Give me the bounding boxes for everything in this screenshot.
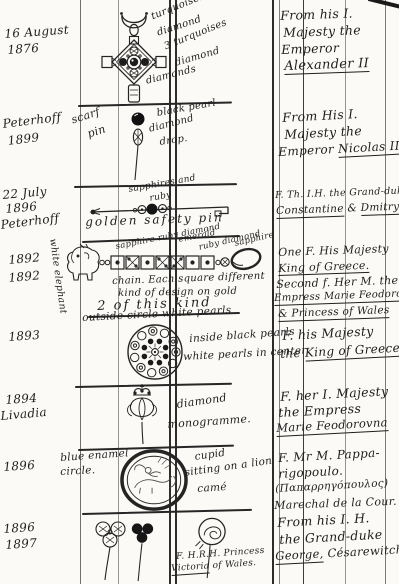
entry4-year: 1892 (8, 251, 41, 266)
entry3-date: 22 July (2, 185, 47, 201)
entry4-provenance: One F. His Majesty (278, 243, 389, 258)
entry8-year: 1896 (3, 521, 36, 535)
entry2-provenance: Emperor Nicolas II (278, 140, 399, 158)
entry7-provenance: rigopoulo. (278, 465, 343, 480)
entry5-year: 1893 (8, 329, 41, 343)
entry6-stone-note: monogramme. (167, 413, 251, 430)
trefoil-pin-sketch-2 (128, 521, 156, 583)
entry6-year: 1894 (5, 392, 38, 406)
entry2-stone-note: drop. (159, 134, 188, 148)
cameo-sketch (118, 447, 190, 513)
entry2-stone-note: diamond (148, 114, 195, 135)
entry7-subject-note: cupid (194, 448, 226, 463)
entry2-giver: Nicolas II (338, 139, 399, 158)
entry8-provenance: George, Césarewitch (275, 544, 399, 562)
entry3-giver: Dmitry (360, 201, 399, 216)
entry6-place: Livadia (0, 406, 47, 422)
entry8-provenance: From his I. H. (277, 512, 370, 529)
entry5-provenance-text: the (280, 346, 305, 361)
ledger-page: 16 August 1876 turquoises diamond 3 turq… (0, 0, 399, 584)
entry3-year: 1896 (5, 200, 38, 215)
entry8-note-text: of Wales. (209, 558, 257, 571)
corner-mark (368, 0, 399, 9)
entry1-provenance: Majesty the (283, 24, 361, 39)
entry7-provenance: F. Mr M. Pappa- (278, 447, 380, 464)
entry4-provenance: Second f. Her M. the (276, 275, 399, 290)
entry4-giver: & Princess of Wales (278, 305, 390, 321)
entry2-place: Peterhoff (2, 111, 62, 130)
trefoil-pin-sketch-1 (92, 518, 128, 582)
entry2-item-label: scarf (70, 106, 101, 125)
entry2-provenance-text: Emperor (278, 142, 338, 159)
pearl-brooch-sketch (125, 321, 185, 383)
entry2-year: 1899 (7, 131, 40, 147)
entry1-giver: Alexander II (284, 57, 369, 75)
entry8-giver: George, (275, 546, 324, 565)
entry1-provenance: Emperor (281, 42, 339, 57)
entry6-giver: Marie Feodorovna (276, 417, 388, 436)
entry7-provenance: Marechal de la Cour. (274, 496, 397, 511)
entry1-year: 1876 (7, 42, 40, 56)
entry8-year: 1897 (5, 537, 38, 551)
entry2-provenance: Majesty the (284, 125, 362, 142)
entry6-provenance: F. her I. Majesty (280, 385, 389, 403)
monogram-pin-sketch (120, 384, 164, 446)
entry4-giver: King of Greece. (278, 260, 370, 276)
entry1-provenance: From his I. (280, 7, 353, 22)
entry3-provenance-text: & (344, 202, 361, 215)
entry3-giver: Constantine (276, 203, 344, 219)
entry2-item-label: pin (86, 123, 107, 139)
entry8-provenance-text: Césarewitch (323, 542, 399, 560)
white-elephant-figure (68, 244, 100, 280)
entry3-provenance: F. Th. I.H. the Grand-dukes (275, 186, 399, 200)
entry7-provenance-greek: (Παπαρρηγόπουλος) (275, 478, 389, 494)
entry1-date: 16 August (4, 23, 69, 39)
entry1-stone-note: diamond (174, 46, 221, 68)
entry3-provenance: Constantine & Dmitry (276, 202, 399, 217)
entry7-item-label: circle. (60, 465, 96, 477)
entry6-stone-note: diamond (176, 392, 227, 410)
scarf-pin-sketch (127, 110, 149, 182)
entry2-provenance: From His I. (282, 108, 358, 124)
entry7-subject-note: camé (197, 482, 227, 495)
entry4-year: 1892 (8, 269, 41, 284)
entry5-provenance: F. his Majesty (282, 325, 374, 342)
entry7-year: 1896 (3, 459, 36, 473)
crescent-icon (122, 15, 146, 28)
